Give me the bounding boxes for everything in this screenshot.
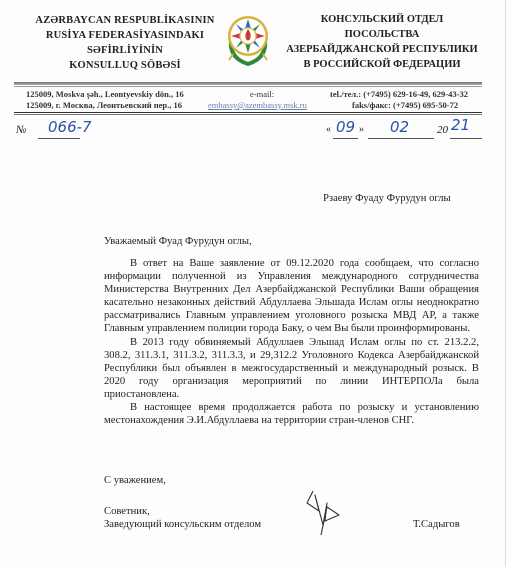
signer-name: Т.Садыгов — [413, 518, 460, 531]
body-paragraph: В ответ на Ваше заявление от 09.12.2020 … — [104, 257, 479, 336]
letterhead-az-line: AZƏRBAYCAN RESPUBLİKASININ — [20, 13, 230, 28]
date-day-underline — [333, 138, 358, 139]
reference-number-label: № — [16, 124, 26, 136]
recipient-name: Рзаеву Фуаду Фурудун оглы — [323, 192, 451, 205]
email-link[interactable]: embassy@azembassy.msk.ru — [208, 100, 307, 110]
letter-body: В ответ на Ваше заявление от 09.12.2020 … — [104, 257, 479, 427]
date-close-quote: » — [359, 124, 364, 135]
header-divider — [14, 82, 482, 85]
date-year-underline — [450, 138, 482, 139]
letterhead-ru-line: АЗЕРБАЙДЖАНСКОЙ РЕСПУБЛИКИ — [282, 42, 482, 57]
letterhead-russian: КОНСУЛЬСКИЙ ОТДЕЛ ПОСОЛЬСТВА АЗЕРБАЙДЖАН… — [282, 12, 482, 72]
salutation: Уважаемый Фуад Фурудун оглы, — [104, 235, 252, 248]
letterhead-az-line: KONSULLUQ SÖBƏSİ — [20, 58, 230, 73]
signer-title-head: Заведующий консульским отделом — [104, 518, 261, 531]
letter-page: AZƏRBAYCAN RESPUBLİKASININ RUSİYA FEDERA… — [0, 0, 506, 567]
header-divider-thin — [14, 86, 482, 87]
closing: С уважением, — [104, 474, 166, 487]
date-day: 09 — [336, 118, 355, 136]
reference-number: 066-7 — [48, 118, 92, 136]
letterhead-ru-line: ПОСОЛЬСТВА — [282, 27, 482, 42]
address-russian: 125009, г. Москва, Леонтьевский пер., 16 — [26, 100, 182, 110]
address-azerbaijani: 125009, Moskva şəh., Leontyevskiy dön., … — [26, 89, 184, 99]
letterhead-az-line: RUSİYA FEDERASİYASINDAKI — [20, 28, 230, 43]
signer-title-advisor: Советник, — [104, 505, 150, 518]
letterhead-az-line: SƏFİRLİYİNİN — [20, 43, 230, 58]
coat-of-arms-icon — [225, 10, 271, 68]
date-open-quote: « — [326, 124, 331, 135]
date-month-underline — [368, 138, 434, 139]
body-paragraph: В настоящее время продолжается работа по… — [104, 401, 479, 427]
reference-underline — [38, 138, 80, 139]
contacts-divider — [14, 112, 482, 113]
phone-numbers: tel./тел.: (+7495) 629-16-49, 629-43-32 — [330, 89, 468, 99]
handwritten-signature-icon — [305, 485, 355, 540]
letterhead-ru-line: КОНСУЛЬСКИЙ ОТДЕЛ — [282, 12, 482, 27]
body-paragraph: В 2013 году обвиняемый Абдуллаев Эльшад … — [104, 336, 479, 401]
date-month: 02 — [390, 118, 409, 136]
date-year-prefix: 20 — [437, 124, 448, 136]
email-label: e-mail: — [250, 89, 274, 99]
fax-number: faks/факс: (+7495) 695-50-72 — [352, 100, 458, 110]
contacts-divider-thin — [14, 114, 482, 115]
date-year-suffix: 21 — [451, 116, 470, 134]
letterhead-azerbaijani: AZƏRBAYCAN RESPUBLİKASININ RUSİYA FEDERA… — [20, 13, 230, 73]
letterhead-ru-line: В РОССИЙСКОЙ ФЕДЕРАЦИИ — [282, 57, 482, 72]
